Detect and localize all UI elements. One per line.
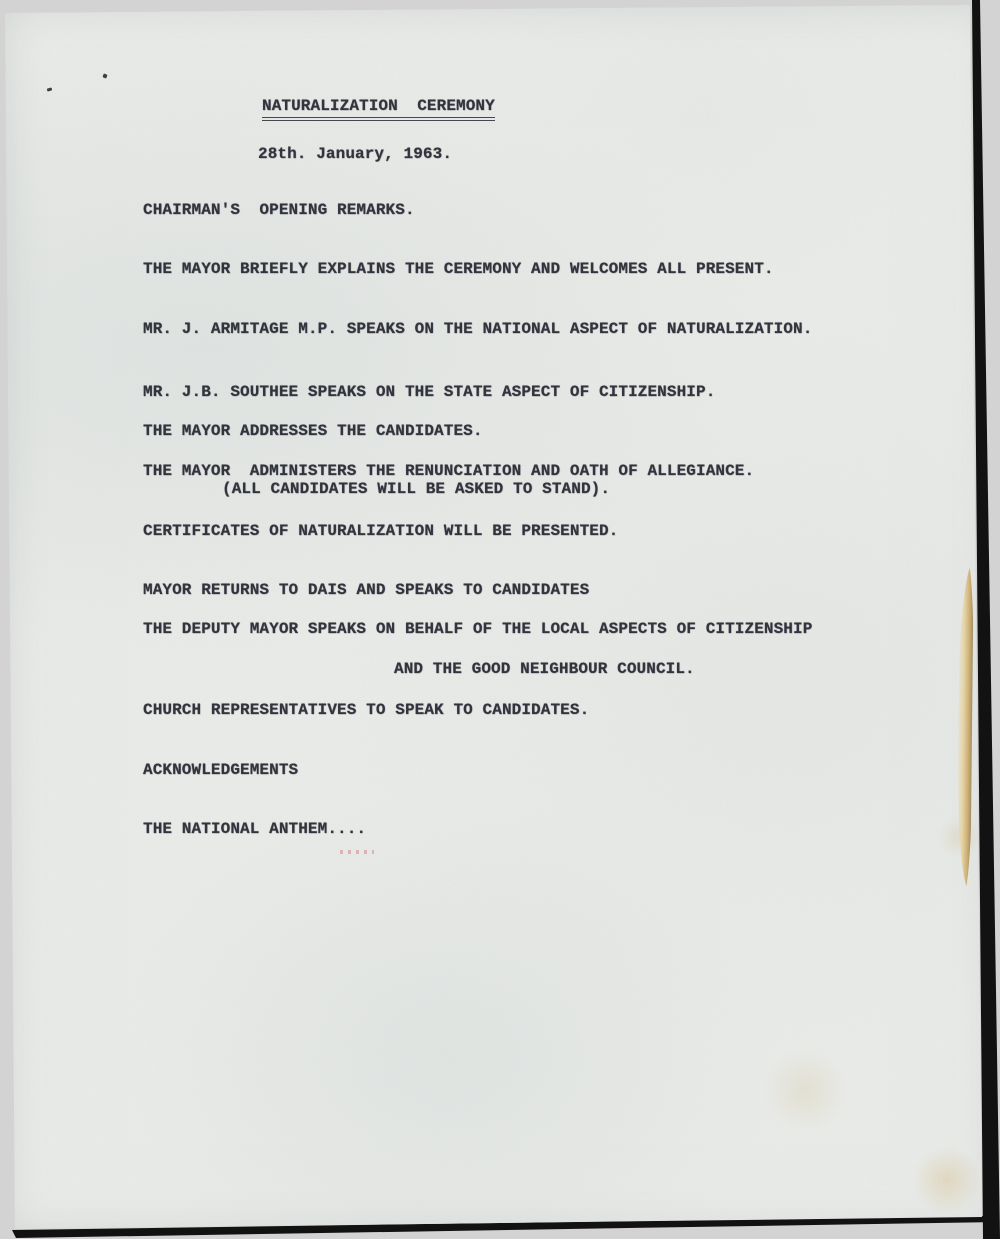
document-title: NATURALIZATION CEREMONY [262,98,495,121]
program-line-4: MR. J.B. SOUTHEE SPEAKS ON THE STATE ASP… [143,384,715,401]
program-line-3: MR. J. ARMITAGE M.P. SPEAKS ON THE NATIO… [143,321,812,338]
program-line-12: THE NATIONAL ANTHEM.... [143,821,366,838]
ink-speck [47,87,53,91]
program-line-9: THE DEPUTY MAYOR SPEAKS ON BEHALF OF THE… [143,621,812,638]
program-line-6: THE MAYOR ADMINISTERS THE RENUNCIATION A… [143,463,754,480]
program-line-7: CERTIFICATES OF NATURALIZATION WILL BE P… [143,523,618,540]
program-line-11: ACKNOWLEDGEMENTS [143,762,298,779]
program-line-10: CHURCH REPRESENTATIVES TO SPEAK TO CANDI… [143,702,589,719]
program-line-9b: AND THE GOOD NEIGHBOUR COUNCIL. [394,661,695,678]
program-line-1: CHAIRMAN'S OPENING REMARKS. [143,202,415,219]
program-line-5: THE MAYOR ADDRESSES THE CANDIDATES. [143,423,483,440]
document-date: 28th. January, 1963. [258,146,452,163]
scanned-document: NATURALIZATION CEREMONY 28th. January, 1… [0,0,1000,1239]
age-stain [760,1050,850,1130]
paper-sheet: NATURALIZATION CEREMONY 28th. January, 1… [0,0,1000,1239]
faint-red-ink-marks [340,850,374,854]
program-line-8: MAYOR RETURNS TO DAIS AND SPEAKS TO CAND… [143,582,589,599]
ink-speck [102,73,107,78]
program-line-2: THE MAYOR BRIEFLY EXPLAINS THE CEREMONY … [143,261,774,278]
age-stain [912,1145,982,1215]
program-line-6b: (ALL CANDIDATES WILL BE ASKED TO STAND). [222,481,610,498]
